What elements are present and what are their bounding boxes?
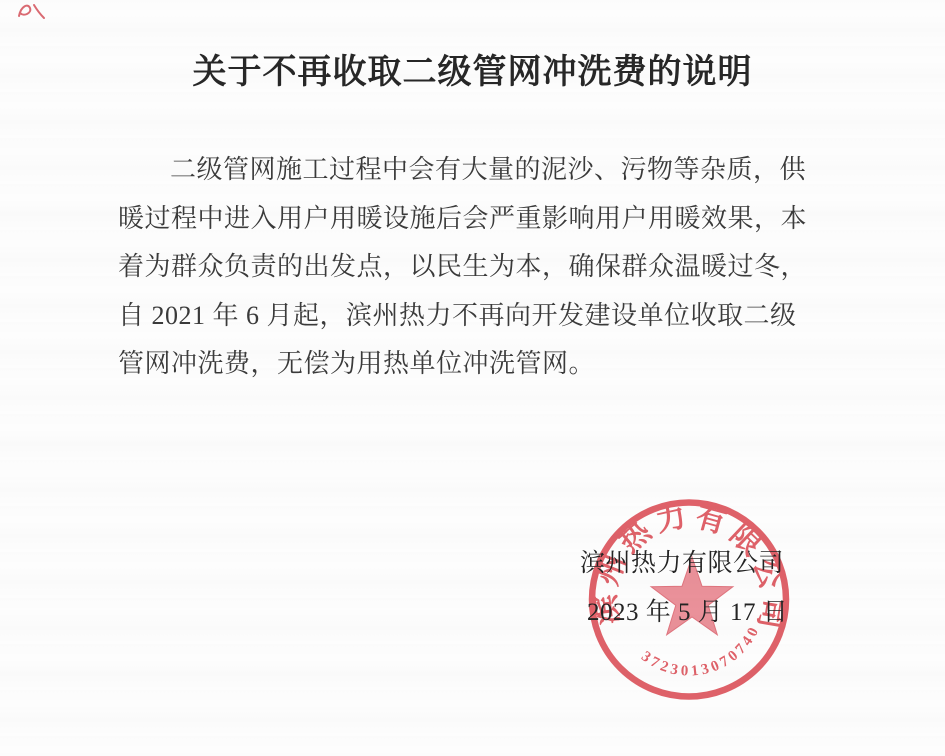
- signature-date: 2023 年 5 月 17 日: [587, 592, 788, 628]
- body-paragraph: 二级管网施工过程中会有大量的泥沙、污物等杂质，供 暖过程中进入用户用暖设施后会严…: [118, 146, 818, 389]
- document-title: 关于不再收取二级管网冲洗费的说明: [0, 44, 945, 93]
- body-line: 管网冲洗费，无偿为用热单位冲洗管网。: [118, 340, 818, 389]
- corner-scribble-icon: [15, 1, 49, 23]
- body-line: 二级管网施工过程中会有大量的泥沙、污物等杂质，供: [118, 146, 818, 195]
- body-line: 自 2021 年 6 月起，滨州热力不再向开发建设单位收取二级: [118, 292, 818, 341]
- signature-company: 滨州热力有限公司: [580, 543, 784, 579]
- body-line: 暖过程中进入用户用暖设施后会严重影响用户用暖效果，本: [118, 195, 818, 244]
- document-page: 关于不再收取二级管网冲洗费的说明 二级管网施工过程中会有大量的泥沙、污物等杂质，…: [0, 0, 945, 756]
- seal-number-container: 3723013070740: [638, 622, 763, 679]
- body-line: 着为群众负责的出发点，以民生为本，确保群众温暖过冬，: [118, 243, 818, 292]
- seal-number: 3723013070740: [638, 622, 763, 679]
